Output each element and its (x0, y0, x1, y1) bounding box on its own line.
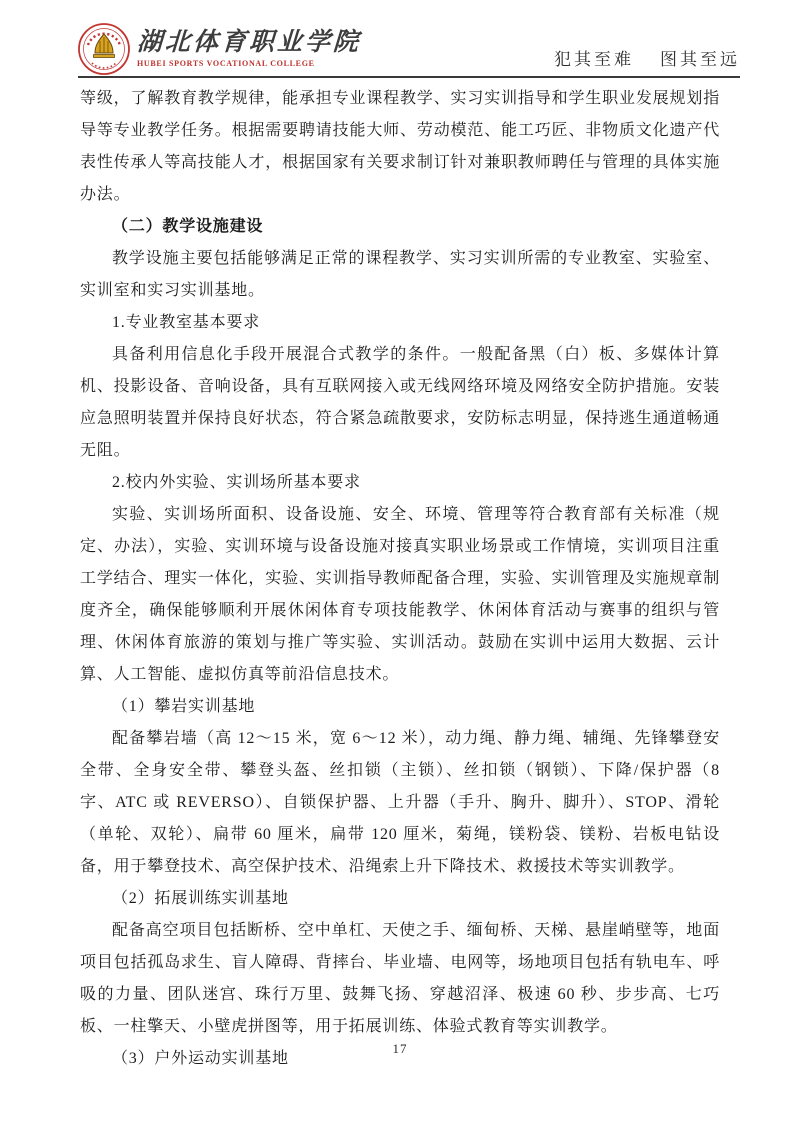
body-paragraph: 实验、实训场所面积、设备设施、安全、环境、管理等符合教育部有关标准（规定、办法）… (80, 499, 720, 691)
page-footer: 17 (0, 1041, 800, 1057)
college-seal-icon (78, 23, 130, 75)
document-page: 湖北体育职业学院 HUBEI SPORTS VOCATIONAL COLLEGE… (0, 0, 800, 1131)
sub-heading: 1.专业教室基本要求 (80, 307, 720, 339)
motto-phrase-2: 图其至远 (660, 50, 740, 69)
header-motto: 犯其至难图其至远 (554, 45, 740, 73)
body-paragraph: 具备利用信息化手段开展混合式教学的条件。一般配备黑（白）板、多媒体计算机、投影设… (80, 339, 720, 467)
page-number: 17 (393, 1041, 408, 1056)
body-paragraph: 配备攀岩墙（高 12～15 米，宽 6～12 米），动力绳、静力绳、辅绳、先锋攀… (80, 723, 720, 883)
document-body: 等级，了解教育教学规律，能承担专业课程教学、实习实训指导和学生职业发展规划指导等… (80, 83, 720, 1075)
college-name-chinese: 湖北体育职业学院 (136, 28, 362, 58)
page-header: 湖北体育职业学院 HUBEI SPORTS VOCATIONAL COLLEGE… (78, 24, 740, 78)
header-brand: 湖北体育职业学院 HUBEI SPORTS VOCATIONAL COLLEGE (78, 23, 361, 73)
body-paragraph: 配备高空项目包括断桥、空中单杠、天使之手、缅甸桥、天梯、悬崖峭壁等，地面项目包括… (80, 915, 720, 1043)
paragraph-continuation: 等级，了解教育教学规律，能承担专业课程教学、实习实训指导和学生职业发展规划指导等… (80, 83, 720, 211)
college-name-english: HUBEI SPORTS VOCATIONAL COLLEGE (137, 58, 361, 69)
sub-heading: 2.校内外实验、实训场所基本要求 (80, 467, 720, 499)
section-heading: （二）教学设施建设 (80, 211, 720, 243)
college-title-block: 湖北体育职业学院 HUBEI SPORTS VOCATIONAL COLLEGE (137, 28, 361, 69)
sub-heading: （2）拓展训练实训基地 (80, 883, 720, 915)
motto-phrase-1: 犯其至难 (554, 50, 634, 69)
body-paragraph: 教学设施主要包括能够满足正常的课程教学、实习实训所需的专业教室、实验室、实训室和… (80, 243, 720, 307)
sub-heading: （1）攀岩实训基地 (80, 691, 720, 723)
